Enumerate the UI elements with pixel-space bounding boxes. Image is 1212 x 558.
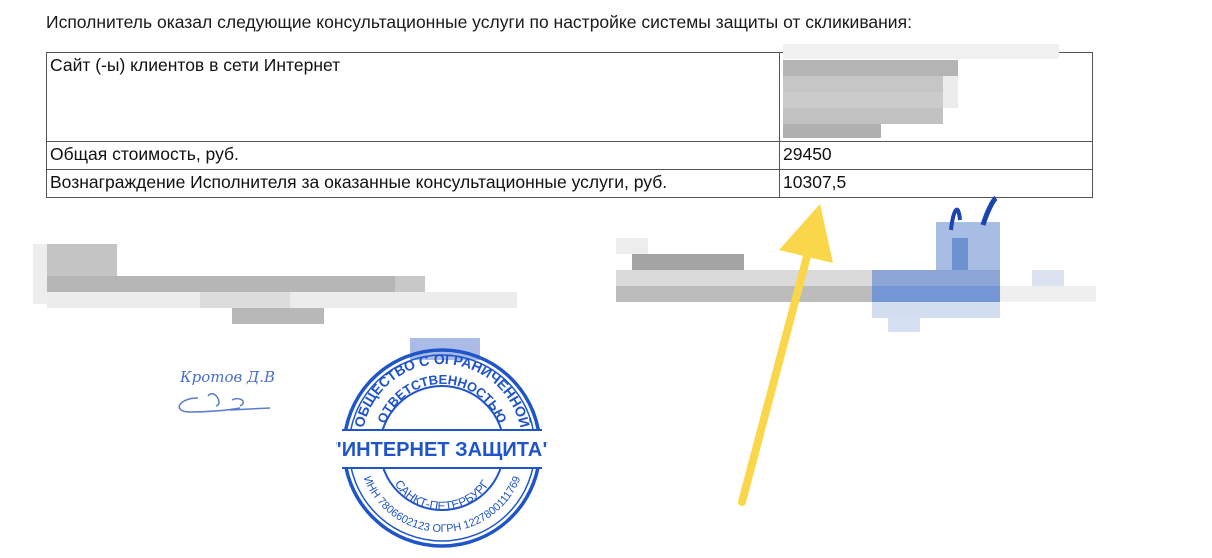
row-label-total-cost: Общая стоимость, руб. (47, 142, 780, 170)
table-row: Вознаграждение Исполнителя за оказанные … (47, 170, 1093, 198)
arrow-head-icon (779, 204, 833, 263)
row-label-sites: Сайт (-ы) клиентов в сети Интернет (47, 53, 780, 142)
stamp-city-text: САНКТ-ПЕТЕРБУРГ (392, 477, 492, 513)
table-row: Общая стоимость, руб. 29450 (47, 142, 1093, 170)
company-stamp: ОБЩЕСТВО С ОГРАНИЧЕННОЙ ОТВЕТСТВЕННОСТЬЮ… (336, 338, 548, 550)
row-value-reward: 10307,5 (780, 170, 1093, 198)
row-value-total-cost: 29450 (780, 142, 1093, 170)
signature-name: Кротов Д.В (179, 368, 275, 386)
signature-left: Кротов Д.В (170, 360, 310, 430)
intro-text: Исполнитель оказал следующие консультаци… (46, 12, 912, 33)
row-label-reward: Вознаграждение Исполнителя за оказанные … (47, 170, 780, 198)
svg-text:САНКТ-ПЕТЕРБУРГ: САНКТ-ПЕТЕРБУРГ (392, 477, 492, 513)
stamp-center-text: "ИНТЕРНЕТ ЗАЩИТА" (336, 439, 548, 461)
